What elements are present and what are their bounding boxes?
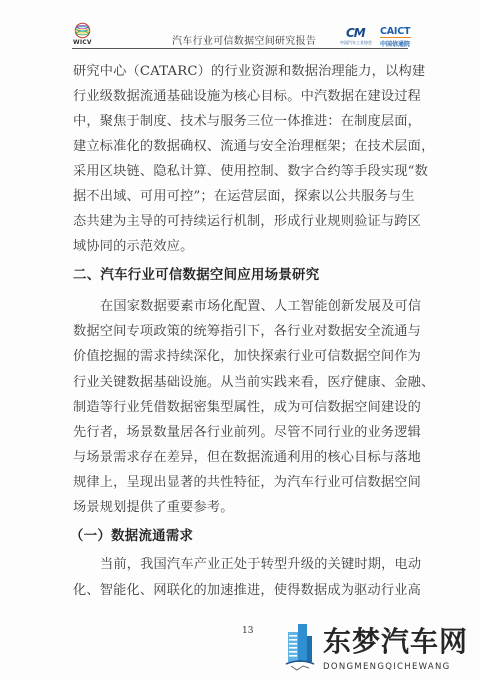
text-line: 场景规划提供了重要参考。 (73, 500, 409, 516)
page-header: WICV 汽车行业可信数据空间研究报告 CM 中国汽车工业协会 CAICT 中国… (72, 22, 408, 50)
section-heading: 二、汽车行业可信数据空间应用场景研究 (73, 268, 319, 284)
text-line: 与场景需求存在差异，但在数据流通利用的核心目标与落地 (73, 450, 409, 466)
text-line: 规律上，呈现出显著的共性特征，为汽车行业可信数据空间 (73, 475, 409, 491)
caam-logo: CM 中国汽车工业协会 (340, 26, 380, 48)
text-line: 采用区块链、隐私计算、使用控制、数字合约等手段实现“数 (73, 164, 409, 180)
text-line: 据不出域、可用可控”；在运营层面，探索以公共服务与生 (73, 189, 409, 205)
caict-logo-mark: CAICT (380, 26, 410, 37)
caam-logo-subtitle: 中国汽车工业协会 (340, 40, 372, 46)
text-line: 数据空间专项政策的统筹指引下，各行业对数据安全流通与 (73, 324, 409, 340)
page-number: 13 (242, 626, 253, 636)
text-line: 制造等行业凭借数据密集型属性，成为可信数据空间建设的 (73, 400, 409, 416)
subsection-heading: （一）数据流通需求 (70, 529, 193, 545)
site-watermark: 东梦汽车网 DONGMENGQICHEWANG (283, 620, 480, 679)
watermark-name-cn: 东梦汽车网 (323, 620, 468, 660)
text-line: 先行者，场景数量居各行业前列。尽管不同行业的业务逻辑 (73, 425, 409, 441)
caam-logo-mark: CM (346, 26, 365, 40)
text-line: 在国家数据要素市场化配置、人工智能创新发展及可信 (73, 299, 409, 315)
watermark-name-en: DONGMENGQICHEWANG (323, 662, 451, 672)
text-line: 研究中心（CATARC）的行业资源和数据治理能力，以构建 (73, 64, 409, 80)
text-line: 建立标准化的数据确权、流通与安全治理框架；在技术层面， (73, 139, 409, 155)
wicv-rings-icon (74, 22, 91, 39)
header-divider (72, 48, 408, 49)
wicv-logo-text: WICV (73, 39, 92, 46)
wicv-logo: WICV (72, 22, 94, 48)
text-line: 当前，我国汽车产业正处于转型升级的关键时期，电动 (73, 557, 409, 573)
text-line: 行业级数据流通基础设施为核心目标。中汽数据在建设过程 (73, 89, 409, 105)
building-handshake-icon (285, 622, 315, 672)
text-line: 中，聚焦于制度、技术与服务三位一体推进：在制度层面， (73, 114, 409, 130)
report-title: 汽车行业可信数据空间研究报告 (172, 32, 316, 47)
text-line: 行业关键数据基础设施。从当前实践来看，医疗健康、金融、 (73, 375, 409, 391)
text-line: 态共建为主导的可持续运行机制，形成行业规则验证与跨区 (73, 214, 409, 230)
text-line: 价值挖掘的需求持续深化，加快探索行业可信数据空间作为 (73, 349, 409, 365)
text-line: 域协同的示范效应。 (73, 239, 409, 255)
text-line: 化、智能化、网联化的加速推进，使得数据成为驱动行业高 (73, 583, 409, 599)
document-page: WICV 汽车行业可信数据空间研究报告 CM 中国汽车工业协会 CAICT 中国… (0, 0, 480, 679)
caict-logo-subtitle: 中国信通院 (380, 39, 410, 48)
caict-logo: CAICT 中国信通院 (380, 26, 412, 48)
caict-logo-bar (380, 37, 411, 38)
